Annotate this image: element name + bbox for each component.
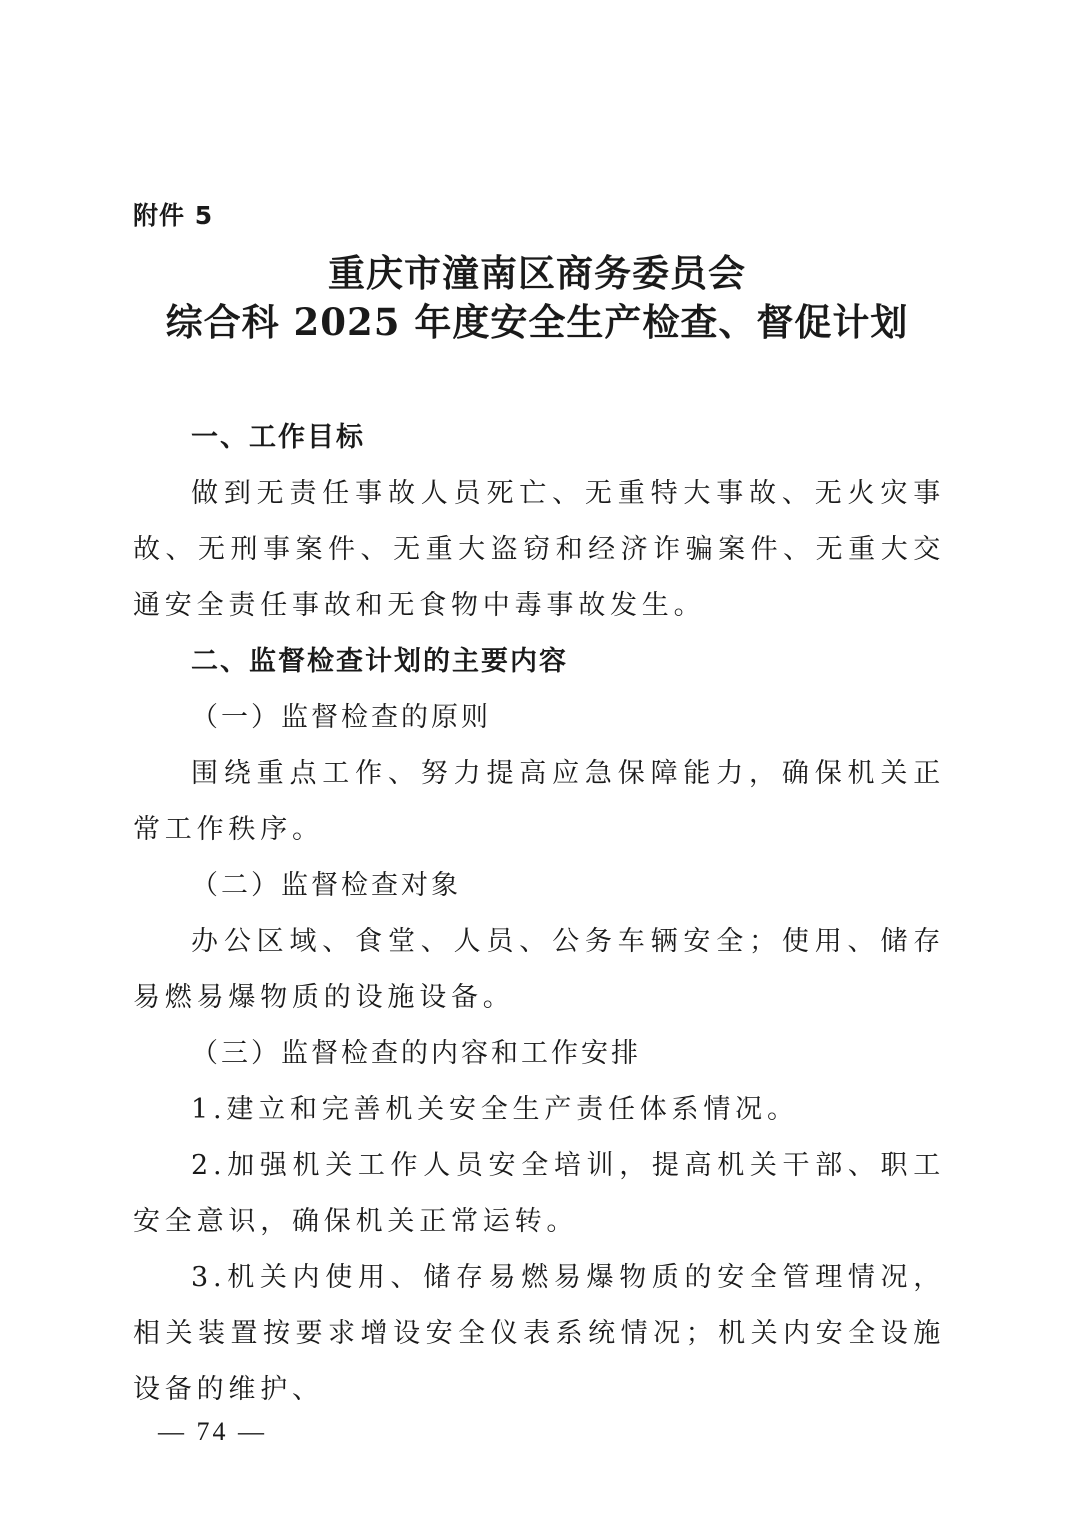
document-page: 附件 5 重庆市潼南区商务委员会 综合科 2025 年度安全生产检查、督促计划 … <box>0 0 1074 1520</box>
page-number: — 74 — <box>158 1417 267 1447</box>
subheading-inspection-targets: （二）监督检查对象 <box>133 858 945 914</box>
list-item-1: 1.建立和完善机关安全生产责任体系情况。 <box>133 1082 945 1138</box>
document-body: 一、工作目标 做到无责任事故人员死亡、无重特大事故、无火灾事故、无刑事案件、无重… <box>133 410 945 1418</box>
paragraph-work-goals: 做到无责任事故人员死亡、无重特大事故、无火灾事故、无刑事案件、无重大盗窃和经济诈… <box>133 466 945 634</box>
list-item-2: 2.加强机关工作人员安全培训，提高机关干部、职工安全意识，确保机关正常运转。 <box>133 1138 945 1250</box>
list-item-3: 3.机关内使用、储存易燃易爆物质的安全管理情况，相关装置按要求增设安全仪表系统情… <box>133 1250 945 1418</box>
section-heading-work-goals: 一、工作目标 <box>133 410 945 466</box>
attachment-label: 附件 5 <box>133 196 213 232</box>
subheading-content-arrangement: （三）监督检查的内容和工作安排 <box>133 1026 945 1082</box>
document-title-line-1: 重庆市潼南区商务委员会 <box>0 243 1074 297</box>
paragraph-principles: 围绕重点工作、努力提高应急保障能力，确保机关正常工作秩序。 <box>133 746 945 858</box>
subheading-principles: （一）监督检查的原则 <box>133 690 945 746</box>
section-heading-main-content: 二、监督检查计划的主要内容 <box>133 634 945 690</box>
document-title-line-2: 综合科 2025 年度安全生产检查、督促计划 <box>0 292 1074 346</box>
paragraph-inspection-targets: 办公区域、食堂、人员、公务车辆安全；使用、储存易燃易爆物质的设施设备。 <box>133 914 945 1026</box>
